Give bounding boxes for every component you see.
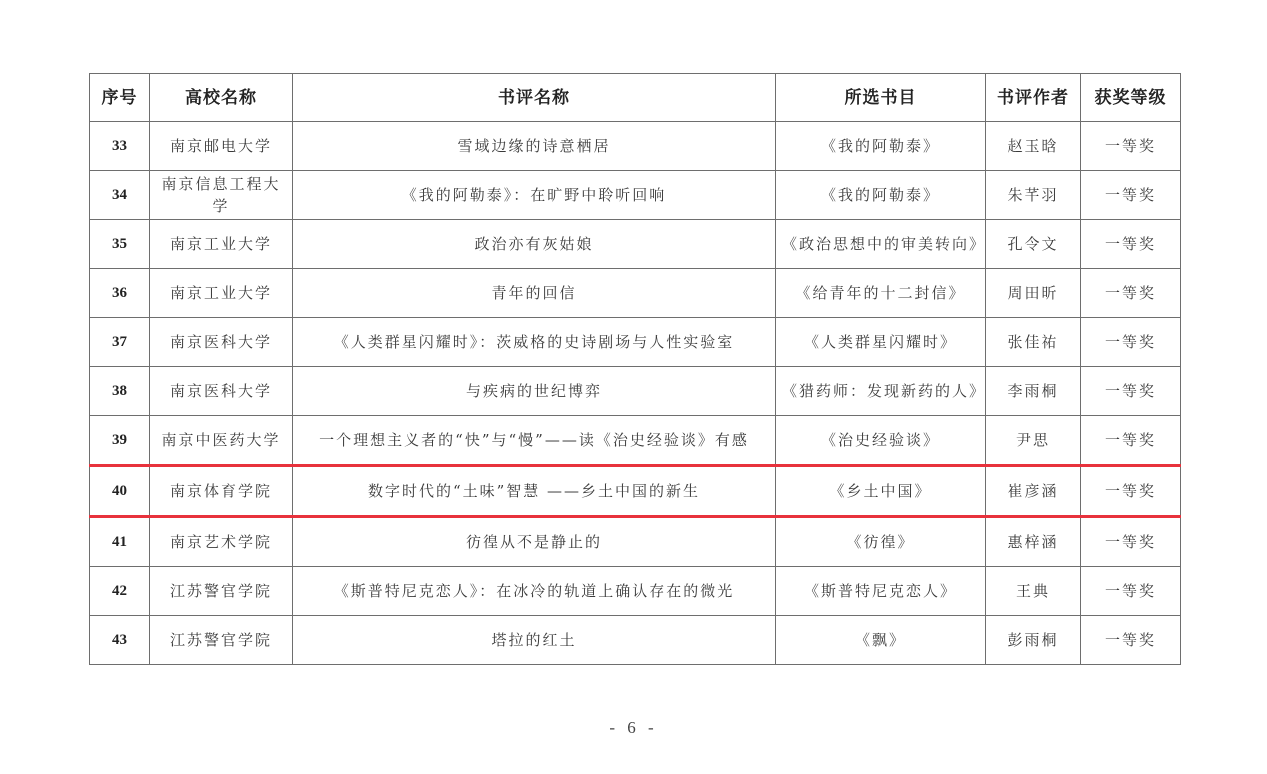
cell-title: 青年的回信 (293, 269, 776, 318)
cell-school: 南京医科大学 (150, 318, 293, 367)
table-row-highlighted: 40 南京体育学院 数字时代的“土味”智慧 ——乡土中国的新生 《乡土中国》 崔… (90, 466, 1181, 517)
header-book: 所选书目 (776, 74, 986, 122)
cell-school: 南京医科大学 (150, 367, 293, 416)
table-header-row: 序号 高校名称 书评名称 所选书目 书评作者 获奖等级 (90, 74, 1181, 122)
cell-num: 34 (90, 171, 150, 220)
cell-award: 一等奖 (1081, 466, 1181, 517)
header-title: 书评名称 (293, 74, 776, 122)
cell-book: 《飘》 (776, 616, 986, 665)
cell-award: 一等奖 (1081, 616, 1181, 665)
cell-school: 南京工业大学 (150, 269, 293, 318)
cell-school: 南京体育学院 (150, 466, 293, 517)
cell-title: 彷徨从不是静止的 (293, 517, 776, 567)
header-num: 序号 (90, 74, 150, 122)
page-number: - 6 - (0, 718, 1267, 738)
cell-author: 崔彦涵 (986, 466, 1081, 517)
awards-table: 序号 高校名称 书评名称 所选书目 书评作者 获奖等级 33 南京邮电大学 雪域… (89, 73, 1181, 665)
cell-num: 36 (90, 269, 150, 318)
cell-award: 一等奖 (1081, 367, 1181, 416)
cell-book: 《给青年的十二封信》 (776, 269, 986, 318)
cell-num: 37 (90, 318, 150, 367)
cell-author: 赵玉晗 (986, 122, 1081, 171)
table-row: 33 南京邮电大学 雪域边缘的诗意栖居 《我的阿勒泰》 赵玉晗 一等奖 (90, 122, 1181, 171)
cell-author: 彭雨桐 (986, 616, 1081, 665)
cell-award: 一等奖 (1081, 269, 1181, 318)
header-school: 高校名称 (150, 74, 293, 122)
header-award: 获奖等级 (1081, 74, 1181, 122)
cell-book: 《彷徨》 (776, 517, 986, 567)
cell-book: 《斯普特尼克恋人》 (776, 567, 986, 616)
cell-school: 南京中医药大学 (150, 416, 293, 466)
cell-title: 《斯普特尼克恋人》：在冰冷的轨道上确认存在的微光 (293, 567, 776, 616)
header-author: 书评作者 (986, 74, 1081, 122)
cell-school: 江苏警官学院 (150, 567, 293, 616)
cell-title: 雪域边缘的诗意栖居 (293, 122, 776, 171)
cell-school: 南京艺术学院 (150, 517, 293, 567)
table-row: 43 江苏警官学院 塔拉的红土 《飘》 彭雨桐 一等奖 (90, 616, 1181, 665)
cell-book: 《政治思想中的审美转向》 (776, 220, 986, 269)
table-row: 35 南京工业大学 政治亦有灰姑娘 《政治思想中的审美转向》 孔令文 一等奖 (90, 220, 1181, 269)
cell-author: 李雨桐 (986, 367, 1081, 416)
cell-num: 35 (90, 220, 150, 269)
table-row: 38 南京医科大学 与疾病的世纪博弈 《猎药师：发现新药的人》 李雨桐 一等奖 (90, 367, 1181, 416)
cell-award: 一等奖 (1081, 171, 1181, 220)
cell-award: 一等奖 (1081, 220, 1181, 269)
cell-title: 一个理想主义者的“快”与“慢”——读《治史经验谈》有感 (293, 416, 776, 466)
cell-title: 《人类群星闪耀时》：茨威格的史诗剧场与人性实验室 (293, 318, 776, 367)
cell-num: 39 (90, 416, 150, 466)
table-row: 42 江苏警官学院 《斯普特尼克恋人》：在冰冷的轨道上确认存在的微光 《斯普特尼… (90, 567, 1181, 616)
cell-title: 塔拉的红土 (293, 616, 776, 665)
cell-book: 《治史经验谈》 (776, 416, 986, 466)
table-row: 37 南京医科大学 《人类群星闪耀时》：茨威格的史诗剧场与人性实验室 《人类群星… (90, 318, 1181, 367)
cell-num: 40 (90, 466, 150, 517)
cell-title: 政治亦有灰姑娘 (293, 220, 776, 269)
cell-num: 33 (90, 122, 150, 171)
cell-num: 43 (90, 616, 150, 665)
cell-num: 42 (90, 567, 150, 616)
cell-school: 江苏警官学院 (150, 616, 293, 665)
cell-book: 《我的阿勒泰》 (776, 122, 986, 171)
table-row: 39 南京中医药大学 一个理想主义者的“快”与“慢”——读《治史经验谈》有感 《… (90, 416, 1181, 466)
cell-school: 南京工业大学 (150, 220, 293, 269)
table-row: 36 南京工业大学 青年的回信 《给青年的十二封信》 周田昕 一等奖 (90, 269, 1181, 318)
cell-book: 《乡土中国》 (776, 466, 986, 517)
cell-author: 惠梓涵 (986, 517, 1081, 567)
document-page: 序号 高校名称 书评名称 所选书目 书评作者 获奖等级 33 南京邮电大学 雪域… (0, 0, 1267, 774)
cell-author: 孔令文 (986, 220, 1081, 269)
cell-author: 张佳祐 (986, 318, 1081, 367)
cell-award: 一等奖 (1081, 416, 1181, 466)
cell-book: 《猎药师：发现新药的人》 (776, 367, 986, 416)
cell-school: 南京邮电大学 (150, 122, 293, 171)
cell-book: 《我的阿勒泰》 (776, 171, 986, 220)
cell-author: 周田昕 (986, 269, 1081, 318)
table-row: 41 南京艺术学院 彷徨从不是静止的 《彷徨》 惠梓涵 一等奖 (90, 517, 1181, 567)
cell-title: 《我的阿勒泰》：在旷野中聆听回响 (293, 171, 776, 220)
cell-award: 一等奖 (1081, 517, 1181, 567)
cell-award: 一等奖 (1081, 122, 1181, 171)
cell-author: 朱芊羽 (986, 171, 1081, 220)
cell-author: 尹思 (986, 416, 1081, 466)
cell-title: 与疾病的世纪博弈 (293, 367, 776, 416)
cell-num: 38 (90, 367, 150, 416)
cell-num: 41 (90, 517, 150, 567)
cell-author: 王典 (986, 567, 1081, 616)
table-row: 34 南京信息工程大学 《我的阿勒泰》：在旷野中聆听回响 《我的阿勒泰》 朱芊羽… (90, 171, 1181, 220)
cell-title: 数字时代的“土味”智慧 ——乡土中国的新生 (293, 466, 776, 517)
cell-award: 一等奖 (1081, 567, 1181, 616)
cell-award: 一等奖 (1081, 318, 1181, 367)
cell-book: 《人类群星闪耀时》 (776, 318, 986, 367)
cell-school: 南京信息工程大学 (150, 171, 293, 220)
